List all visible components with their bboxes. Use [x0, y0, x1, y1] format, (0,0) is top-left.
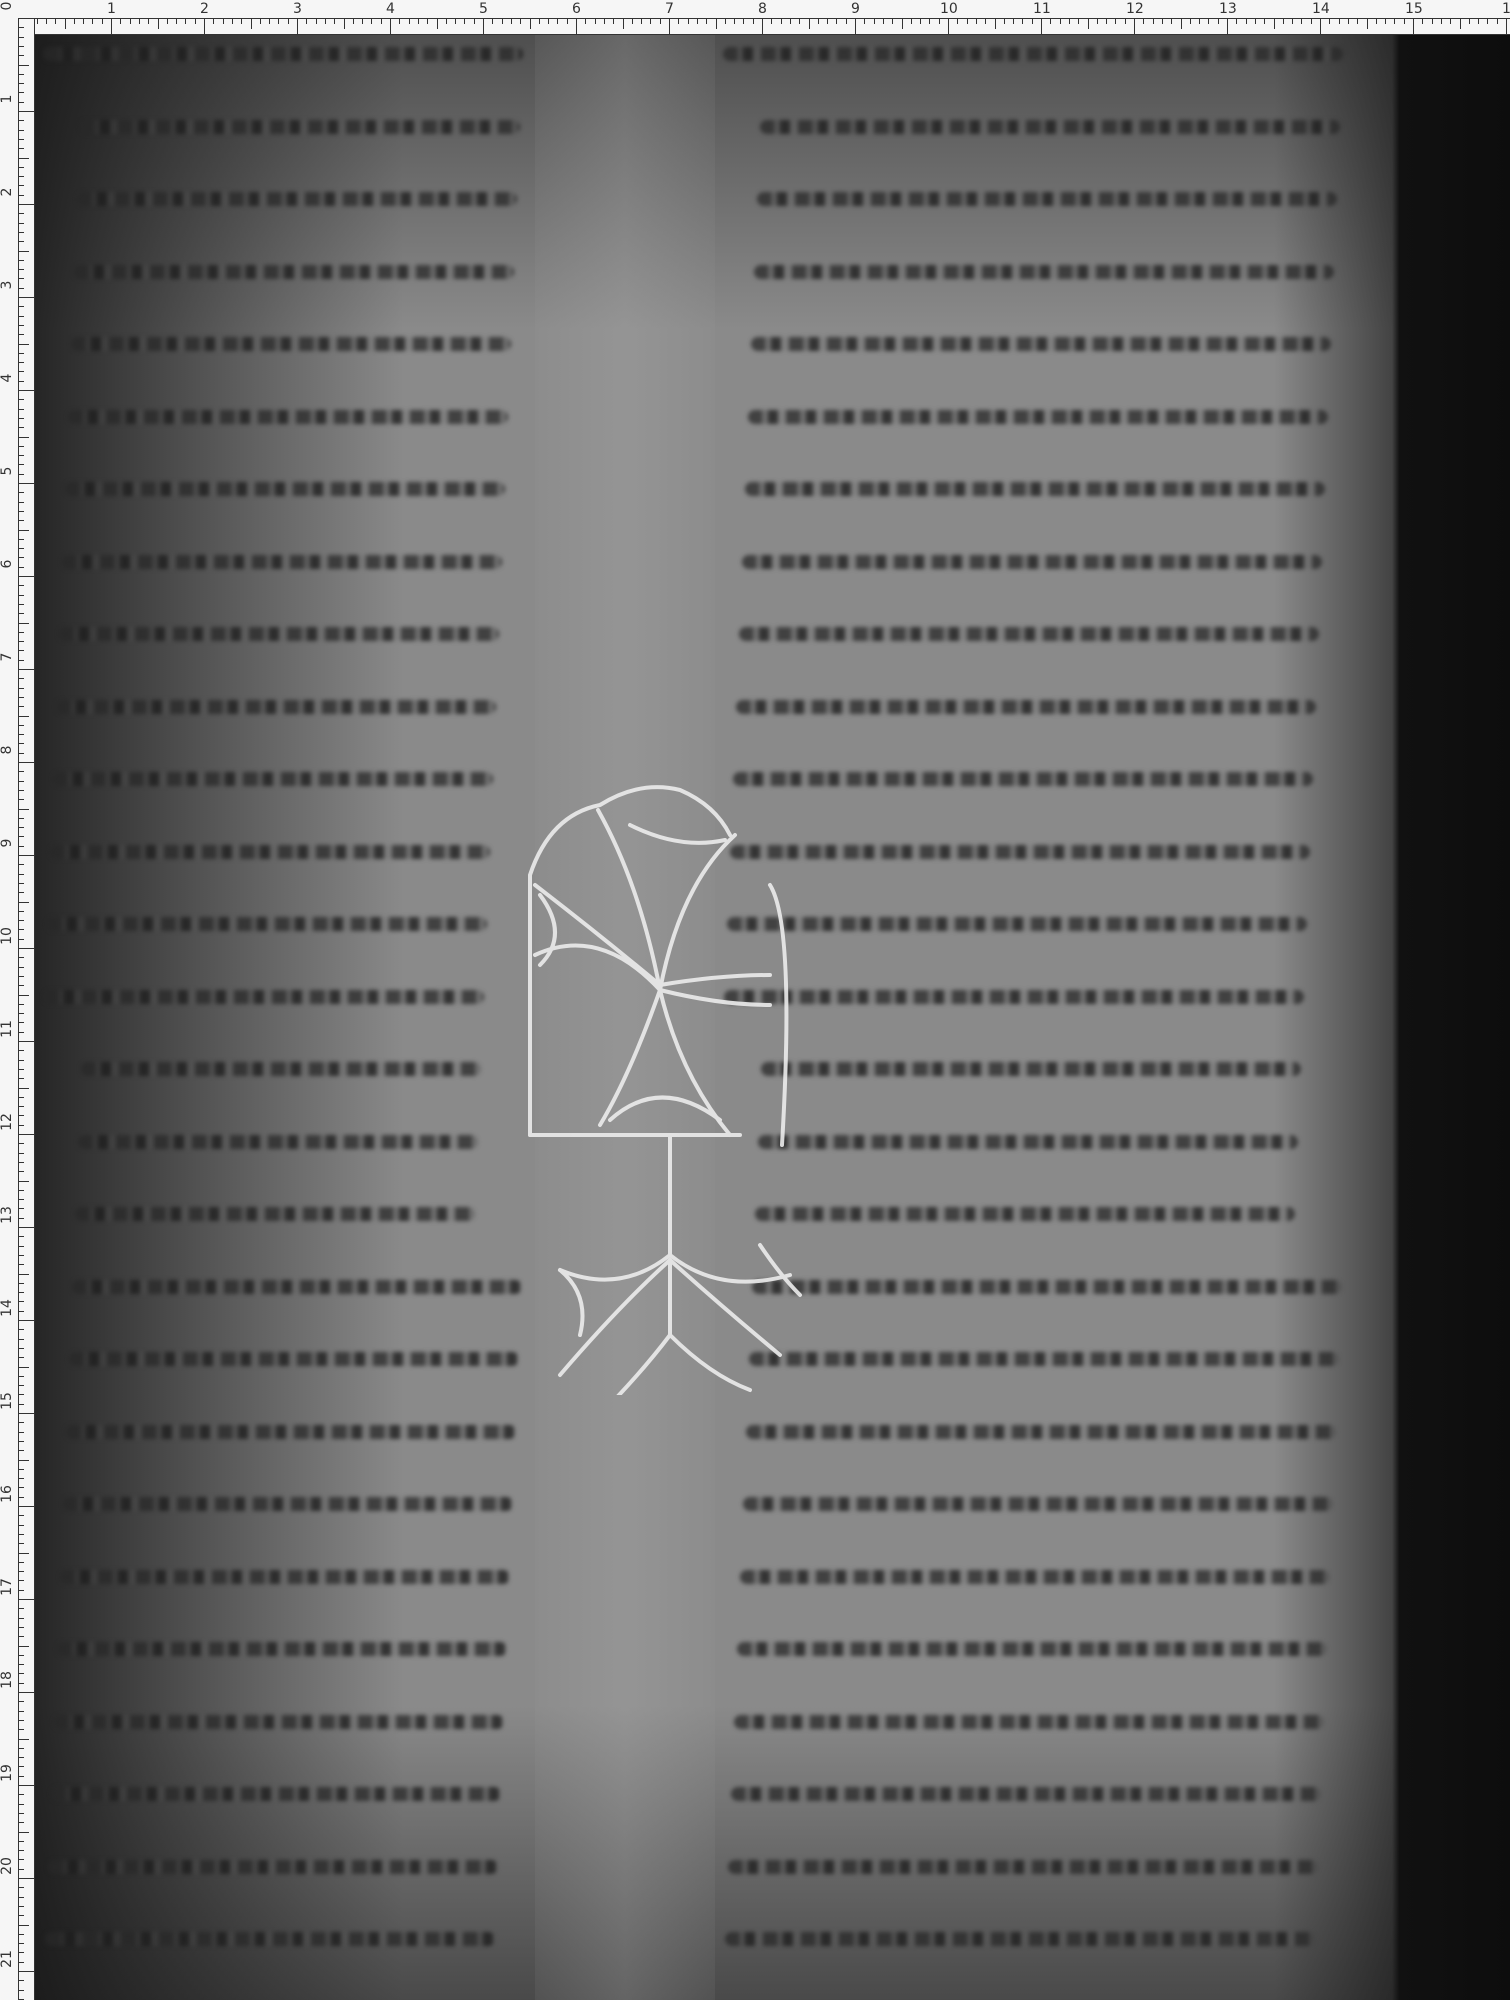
ruler-tick	[502, 18, 503, 24]
ruler-tick	[995, 18, 996, 29]
ruler-tick	[18, 1004, 24, 1005]
ruler-tick	[18, 585, 24, 586]
ruler-tick	[18, 1460, 29, 1461]
handwriting-line	[728, 1860, 1318, 1874]
ruler-left-label: 18	[0, 1668, 15, 1692]
ruler-tick	[827, 18, 828, 24]
ruler-tick	[576, 18, 577, 34]
ruler-tick	[920, 18, 921, 24]
handwriting-line	[760, 120, 1340, 134]
ruler-tick	[1246, 18, 1247, 24]
ruler-tick	[18, 167, 24, 168]
ruler-tick	[18, 1887, 24, 1888]
ruler-tick	[530, 18, 531, 29]
ruler-tick	[55, 18, 56, 24]
ruler-tick	[18, 1748, 24, 1749]
ruler-tick	[427, 18, 428, 24]
ruler-left-label: 4	[0, 366, 15, 390]
ruler-tick	[18, 678, 24, 679]
ruler-tick	[1413, 18, 1414, 34]
ruler-tick	[18, 1339, 24, 1340]
ruler-left-label: 15	[0, 1389, 15, 1413]
ruler-tick	[18, 1088, 29, 1089]
handwriting-line	[723, 47, 1343, 61]
ruler-tick	[18, 1655, 24, 1656]
ruler-left-label: 20	[0, 1854, 15, 1878]
ruler-left-label: 14	[0, 1296, 15, 1320]
handwriting-line	[754, 265, 1334, 279]
ruler-top-label: 4	[386, 2, 395, 16]
ruler-tick	[18, 1673, 24, 1674]
ruler-tick	[18, 734, 24, 735]
ruler-top-label: 8	[758, 2, 767, 16]
ruler-tick	[18, 195, 24, 196]
ruler-tick	[18, 1766, 24, 1767]
ruler-tick	[18, 1859, 24, 1860]
ruler-tick	[18, 1190, 24, 1191]
ruler-tick	[74, 18, 75, 24]
ruler-tick	[18, 483, 34, 484]
ruler-tick	[557, 18, 558, 24]
ruler-tick	[204, 18, 205, 34]
ruler-tick	[18, 213, 24, 214]
handwriting-line	[749, 1352, 1339, 1366]
ruler-tick	[18, 1376, 24, 1377]
ruler-tick	[176, 18, 177, 24]
ruler-tick	[18, 1394, 24, 1395]
ruler-tick	[18, 1050, 24, 1051]
handwriting-line	[746, 1425, 1336, 1439]
ruler-tick	[18, 306, 24, 307]
ruler-tick	[836, 18, 837, 24]
ruler-tick	[1441, 18, 1442, 24]
ruler-tick	[18, 753, 24, 754]
ruler-tick	[1069, 18, 1070, 24]
ruler-left-label: 12	[0, 1110, 15, 1134]
ruler-tick	[706, 18, 707, 24]
ruler-top-label: 1	[107, 2, 116, 16]
handwriting-line	[53, 772, 493, 786]
ruler-tick	[1478, 18, 1479, 24]
ruler-tick	[232, 18, 233, 24]
ruler-tick	[734, 18, 735, 24]
ruler-tick	[464, 18, 465, 24]
ruler-tick	[809, 18, 810, 29]
ruler-tick	[18, 1069, 24, 1070]
handwriting-line	[65, 482, 505, 496]
handwriting-line	[50, 845, 490, 859]
ruler-tick	[18, 836, 24, 837]
ruler-tick	[18, 706, 24, 707]
ruler-left-label: 16	[0, 1482, 15, 1506]
ruler-tick	[18, 1534, 24, 1535]
ruler-left-label: 6	[0, 552, 15, 576]
ruler-tick	[18, 818, 24, 819]
ruler-tick	[334, 18, 335, 24]
ruler-tick	[18, 530, 29, 531]
ruler-tick	[409, 18, 410, 24]
ruler-tick	[18, 1980, 24, 1981]
handwriting-line	[757, 192, 1337, 206]
ruler-tick	[18, 1646, 29, 1647]
ruler-tick	[18, 260, 24, 261]
ruler-tick	[344, 18, 345, 29]
ruler-tick	[1460, 18, 1461, 29]
ruler-tick	[1422, 18, 1423, 24]
ruler-tick	[1432, 18, 1433, 24]
ruler-tick	[18, 1413, 34, 1414]
ruler-tick	[1367, 18, 1368, 29]
ruler-tick	[567, 18, 568, 24]
ruler-tick	[18, 418, 24, 419]
ruler-tick	[18, 371, 24, 372]
ruler-tick	[18, 1311, 24, 1312]
left-text-column	[35, 35, 535, 2000]
ruler-tick	[18, 650, 24, 651]
handwriting-line	[755, 1207, 1295, 1221]
right-text-column	[715, 35, 1355, 2000]
ruler-tick	[18, 390, 34, 391]
ruler-tick	[18, 1525, 24, 1526]
ruler-tick	[18, 1385, 24, 1386]
ruler-tick	[18, 985, 24, 986]
ruler-tick	[1060, 18, 1061, 24]
ruler-tick	[92, 18, 93, 24]
ruler-tick	[18, 1934, 24, 1935]
ruler-tick	[688, 18, 689, 24]
ruler-tick	[669, 18, 670, 34]
ruler-tick	[967, 18, 968, 24]
ruler-tick	[306, 18, 307, 24]
ruler-tick	[18, 827, 24, 828]
ruler-tick	[46, 18, 47, 24]
ruler-tick	[223, 18, 224, 24]
ruler-tick	[18, 1618, 24, 1619]
ruler-tick	[18, 176, 24, 177]
ruler-tick	[18, 1329, 24, 1330]
ruler-tick	[492, 18, 493, 24]
ruler-tick	[585, 18, 586, 24]
ruler-left-label: 10	[0, 924, 15, 948]
ruler-tick	[948, 18, 949, 34]
ruler-tick	[1004, 18, 1005, 24]
ruler-tick	[18, 1571, 24, 1572]
ruler-tick	[1506, 18, 1507, 34]
ruler-tick	[18, 1441, 24, 1442]
ruler-tick	[18, 1599, 34, 1600]
ruler-tick	[18, 883, 24, 884]
ruler-top-label: 13	[1219, 2, 1237, 16]
ruler-top: 01234567891011121314151	[0, 0, 1510, 35]
ruler-tick	[18, 325, 24, 326]
ruler-tick	[18, 1236, 24, 1237]
ruler-tick	[18, 939, 24, 940]
ruler-tick	[1190, 18, 1191, 24]
ruler-tick	[18, 669, 34, 670]
ruler-tick	[18, 697, 24, 698]
ruler-tick	[18, 1850, 24, 1851]
ruler-tick	[18, 1971, 34, 1972]
ruler-tick	[18, 1450, 24, 1451]
ruler-left-label: 8	[0, 738, 15, 762]
ruler-tick	[18, 1841, 24, 1842]
ruler-tick	[1255, 18, 1256, 24]
ruler-tick	[18, 1013, 24, 1014]
ruler-tick	[18, 344, 29, 345]
ruler-tick	[18, 65, 29, 66]
ruler-tick	[18, 1720, 24, 1721]
ruler-tick	[18, 381, 24, 382]
ruler-tick	[418, 18, 419, 24]
ruler-tick	[18, 604, 24, 605]
ruler-tick	[18, 1487, 24, 1488]
ruler-tick	[1153, 18, 1154, 24]
ruler-tick	[18, 716, 29, 717]
ruler-tick	[1320, 18, 1321, 34]
ruler-tick	[18, 1497, 24, 1498]
handwriting-line	[725, 1932, 1315, 1946]
handwriting-line	[748, 410, 1328, 424]
handwriting-line	[74, 265, 514, 279]
ruler-tick	[1450, 18, 1451, 24]
ruler-top-label: 5	[479, 2, 488, 16]
ruler-tick	[241, 18, 242, 24]
ruler-tick	[818, 18, 819, 24]
ruler-tick	[316, 18, 317, 24]
ruler-tick	[18, 241, 24, 242]
ruler-tick	[120, 18, 121, 24]
ruler-tick	[1487, 18, 1488, 24]
ruler-tick	[855, 18, 856, 34]
ruler-tick	[799, 18, 800, 24]
ruler-tick	[641, 18, 642, 24]
ruler-tick	[18, 1208, 24, 1209]
ruler-tick	[1376, 18, 1377, 24]
ruler-tick	[1097, 18, 1098, 24]
ruler-top-label: 10	[940, 2, 958, 16]
watermark-cross-emblem-icon	[520, 775, 810, 1395]
ruler-tick	[902, 18, 903, 29]
ruler-top-label: 3	[293, 2, 302, 16]
ruler-tick	[939, 18, 940, 24]
ruler-tick	[18, 18, 34, 19]
ruler-tick	[18, 1171, 24, 1172]
ruler-tick	[18, 595, 24, 596]
ruler-tick	[18, 725, 24, 726]
ruler-tick	[548, 18, 549, 24]
ruler-tick	[1208, 18, 1209, 24]
ruler-tick	[18, 502, 24, 503]
ruler-tick	[18, 1246, 24, 1247]
ruler-tick	[1218, 18, 1219, 24]
ruler-tick	[1181, 18, 1182, 29]
handwriting-line	[742, 555, 1322, 569]
ruler-tick	[18, 688, 24, 689]
handwriting-line	[733, 772, 1313, 786]
ruler-tick	[325, 18, 326, 24]
ruler-tick	[474, 18, 475, 24]
ruler-tick	[18, 1143, 24, 1144]
ruler-tick	[18, 362, 24, 363]
ruler-tick	[18, 1952, 24, 1953]
ruler-tick	[1311, 18, 1312, 24]
ruler-tick	[18, 520, 24, 521]
ruler-tick	[18, 1636, 24, 1637]
ruler-tick	[18, 1106, 24, 1107]
ruler-tick	[18, 1943, 24, 1944]
ruler-tick	[18, 1590, 24, 1591]
handwriting-line	[57, 1642, 507, 1656]
ruler-tick	[260, 18, 261, 24]
handwriting-line	[75, 1207, 475, 1221]
ruler-tick	[18, 139, 24, 140]
handwriting-line	[80, 120, 520, 134]
ruler-tick	[18, 37, 24, 38]
handwriting-line	[81, 1062, 481, 1076]
ruler-left-label: 5	[0, 459, 15, 483]
ruler-left-label: 21	[0, 1947, 15, 1971]
ruler-tick	[1134, 18, 1135, 34]
ruler-tick	[18, 1367, 29, 1368]
ruler-tick	[18, 1422, 24, 1423]
ruler-tick	[18, 1506, 34, 1507]
ruler-tick	[18, 557, 24, 558]
ruler-tick	[613, 18, 614, 24]
ruler-tick	[1394, 18, 1395, 24]
ruler-tick	[18, 660, 24, 661]
ruler-tick	[846, 18, 847, 24]
ruler-tick	[111, 18, 112, 34]
ruler-tick	[511, 18, 512, 24]
ruler-tick	[1292, 18, 1293, 24]
ruler-tick	[195, 18, 196, 24]
ruler-tick	[483, 18, 484, 34]
handwriting-line	[68, 410, 508, 424]
handwriting-line	[63, 1497, 513, 1511]
ruler-tick	[18, 1348, 24, 1349]
ruler-tick	[18, 1692, 34, 1693]
ruler-tick	[18, 1153, 24, 1154]
ruler-tick	[18, 427, 24, 428]
ruler-tick	[18, 1701, 24, 1702]
handwriting-line	[727, 917, 1307, 931]
ruler-tick	[18, 864, 24, 865]
ruler-tick	[18, 1897, 24, 1898]
handwriting-line	[62, 555, 502, 569]
ruler-tick	[288, 18, 289, 24]
ruler-tick	[883, 18, 884, 24]
handwriting-line	[739, 627, 1319, 641]
ruler-tick	[1078, 18, 1079, 24]
ruler-tick	[1497, 18, 1498, 24]
ruler-tick	[18, 1822, 24, 1823]
ruler-tick	[18, 1580, 24, 1581]
ruler-tick	[18, 1162, 24, 1163]
ruler-tick	[269, 18, 270, 24]
ruler-tick	[539, 18, 540, 24]
ruler-tick	[1032, 18, 1033, 24]
ruler-tick	[18, 492, 24, 493]
ruler-tick	[18, 1022, 24, 1023]
ruler-tick	[1339, 18, 1340, 24]
ruler-tick	[18, 1562, 24, 1563]
handwriting-line	[761, 1062, 1301, 1076]
ruler-left-label: 11	[0, 1017, 15, 1041]
ruler-tick	[1022, 18, 1023, 24]
ruler-tick	[18, 1553, 29, 1554]
ruler-tick	[18, 1813, 24, 1814]
handwriting-line	[740, 1570, 1330, 1584]
ruler-top-label: 15	[1405, 2, 1423, 16]
ruler-tick	[18, 1264, 24, 1265]
ruler-tick	[1357, 18, 1358, 24]
ruler-top-label: 12	[1126, 2, 1144, 16]
ruler-tick	[623, 18, 624, 29]
ruler-tick	[18, 1915, 24, 1916]
ruler-tick	[892, 18, 893, 24]
ruler-tick	[18, 1804, 24, 1805]
ruler-tick	[18, 316, 24, 317]
ruler-tick	[18, 83, 24, 84]
ruler-tick	[753, 18, 754, 24]
ruler-tick	[911, 18, 912, 24]
ruler-tick	[790, 18, 791, 24]
handwriting-line	[743, 1497, 1333, 1511]
ruler-tick	[278, 18, 279, 24]
ruler-tick	[1283, 18, 1284, 24]
handwriting-line	[758, 1135, 1298, 1149]
ruler-tick	[251, 18, 252, 29]
ruler-tick	[102, 18, 103, 24]
ruler-tick	[18, 1906, 24, 1907]
handwriting-line	[43, 47, 523, 61]
ruler-top-label: 11	[1033, 2, 1051, 16]
ruler-tick	[18, 799, 24, 800]
ruler-tick	[18, 632, 24, 633]
ruler-tick	[976, 18, 977, 24]
ruler-tick	[18, 1739, 29, 1740]
ruler-tick	[18, 437, 29, 438]
ruler-tick	[18, 158, 29, 159]
ruler-tick	[18, 334, 24, 335]
ruler-tick	[18, 1218, 24, 1219]
ruler-tick	[18, 1962, 24, 1963]
ruler-tick	[1227, 18, 1228, 34]
ruler-tick	[18, 232, 24, 233]
ruler-tick	[1088, 18, 1089, 29]
ruler-tick	[18, 1729, 24, 1730]
ruler-tick	[18, 464, 24, 465]
ruler-tick	[18, 55, 24, 56]
handwriting-line	[78, 1135, 478, 1149]
ruler-tick	[130, 18, 131, 24]
ruler-top-label: 14	[1312, 2, 1330, 16]
ruler-tick	[632, 18, 633, 24]
ruler-tick	[18, 790, 24, 791]
ruler-tick	[167, 18, 168, 24]
handwriting-line	[47, 917, 487, 931]
ruler-tick	[18, 846, 24, 847]
ruler-tick	[18, 1711, 24, 1712]
handwriting-line	[745, 482, 1325, 496]
ruler-tick	[18, 1292, 24, 1293]
ruler-tick	[18, 204, 34, 205]
ruler-tick	[18, 269, 24, 270]
handwriting-line	[734, 1715, 1324, 1729]
ruler-tick	[18, 278, 24, 279]
handwriting-line	[724, 990, 1304, 1004]
ruler-tick	[18, 1320, 34, 1321]
